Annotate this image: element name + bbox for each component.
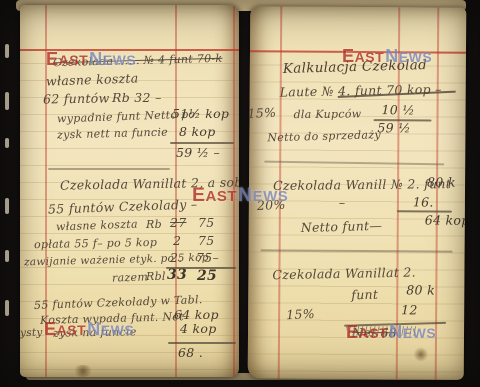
watermark-east-news: EastNews [44,319,134,340]
watermark-east-text: East [192,184,237,207]
amount-value: 27 [170,217,187,230]
margin-note: czysty [20,327,43,339]
amount-value: 59 ½ [377,122,410,135]
amount-value: 12 [401,304,418,317]
handwriting-line: dla Kupców [293,108,361,120]
handwriting-line: 62 funtów [43,92,110,106]
watermark-east-text: East [46,49,88,70]
total-value: 33 [167,268,187,282]
total-value: 25 [197,269,217,283]
currency-label: Rbl [146,271,166,282]
amount-value: 2. [170,252,183,265]
binding-stitch [5,300,9,316]
watermark-east-text: East [346,322,388,343]
watermark-east-news: EastNews [192,184,288,207]
watermark-news-text: News [385,46,432,67]
total-value: 68 . [178,347,203,360]
section-title: Czekolada Wanill № 2. funt [273,178,451,192]
watermark-east-news: EastNews [342,46,432,67]
amount-value: 80 k [427,176,456,189]
amount-value: 64 kop [425,214,467,227]
pencil-divider [48,168,170,170]
amount-value: 51½ kop [172,108,229,121]
ledger-photo: Czekolada …… № 4 funt 70-k własne koszta… [0,0,480,387]
amount-value: 10 ½ [382,104,415,117]
handwriting-line: Laute № 4. funt 70 kop – [280,83,442,99]
handwriting-line: funt [351,289,378,302]
binding-stitch [5,92,9,110]
pencil-underline [168,342,236,344]
handwriting-line: razem [112,271,148,283]
amount-value: 75 [198,235,215,248]
page-stain [72,365,94,377]
pencil-divider [264,161,444,165]
watermark-east-text: East [342,46,384,67]
binding-stitch [5,138,9,148]
amount-value: 75– [196,252,219,265]
total-value: 59 ½ – [176,147,220,160]
watermark-news-text: News [89,49,136,70]
amount-value: 4 kop [180,323,217,336]
watermark-east-news: EastNews [346,322,436,343]
watermark-east-text: East [44,319,86,340]
handwriting-line: Netto do sprzedaży [267,129,381,143]
amount-value: 64 kop [174,309,219,322]
amount-value: 8 kop [179,126,216,139]
watermark-news-text: News [389,322,436,343]
handwriting-line: Netto funt— [301,220,383,235]
pencil-divider [261,249,453,252]
watermark-news-text: News [87,319,134,340]
dash-mark: – [339,197,346,210]
amount-value: 2 [173,235,181,248]
watermark-east-news: EastNews [46,49,136,70]
watermark-news-text: News [238,184,288,207]
binding-stitch [5,198,9,214]
margin-note: 15% [248,107,277,121]
handwriting-line: opłata 55 f– po 5 kop [34,237,157,250]
pencil-underline [170,142,234,144]
handwriting-line: własne koszta [56,219,138,233]
handwriting-line: własne koszta [46,72,139,88]
binding-stitch [5,250,9,262]
handwriting-line: zysk nett na funcie [57,127,168,141]
binding-stitch [5,44,9,58]
amount-value: 16. [413,196,434,209]
page-stain [413,347,429,361]
section-title: Czekolada Wanillat 2. [272,267,416,282]
amount-value: Rb 32 – [112,92,162,105]
currency-label: Rb [146,219,162,230]
margin-note: 15% [286,308,315,322]
amount-value: 75 [198,217,215,230]
amount-value: 80 k [406,284,435,297]
